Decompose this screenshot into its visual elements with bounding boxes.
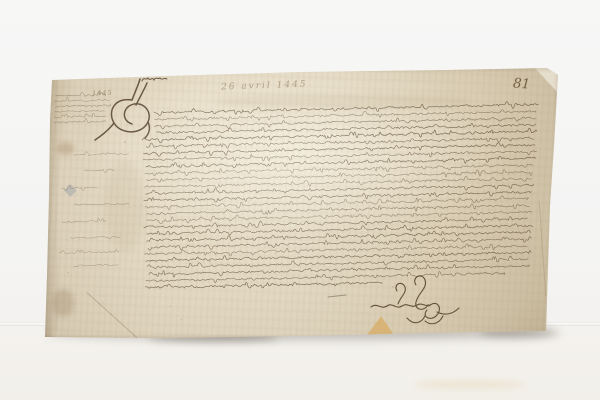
parchment-vignette [45,66,562,340]
manuscript-parchment: 1445 26 avril 1445 81 [45,66,562,340]
surface-reflection-smudge [415,380,525,389]
photo-background: 1445 26 avril 1445 81 [0,0,600,400]
